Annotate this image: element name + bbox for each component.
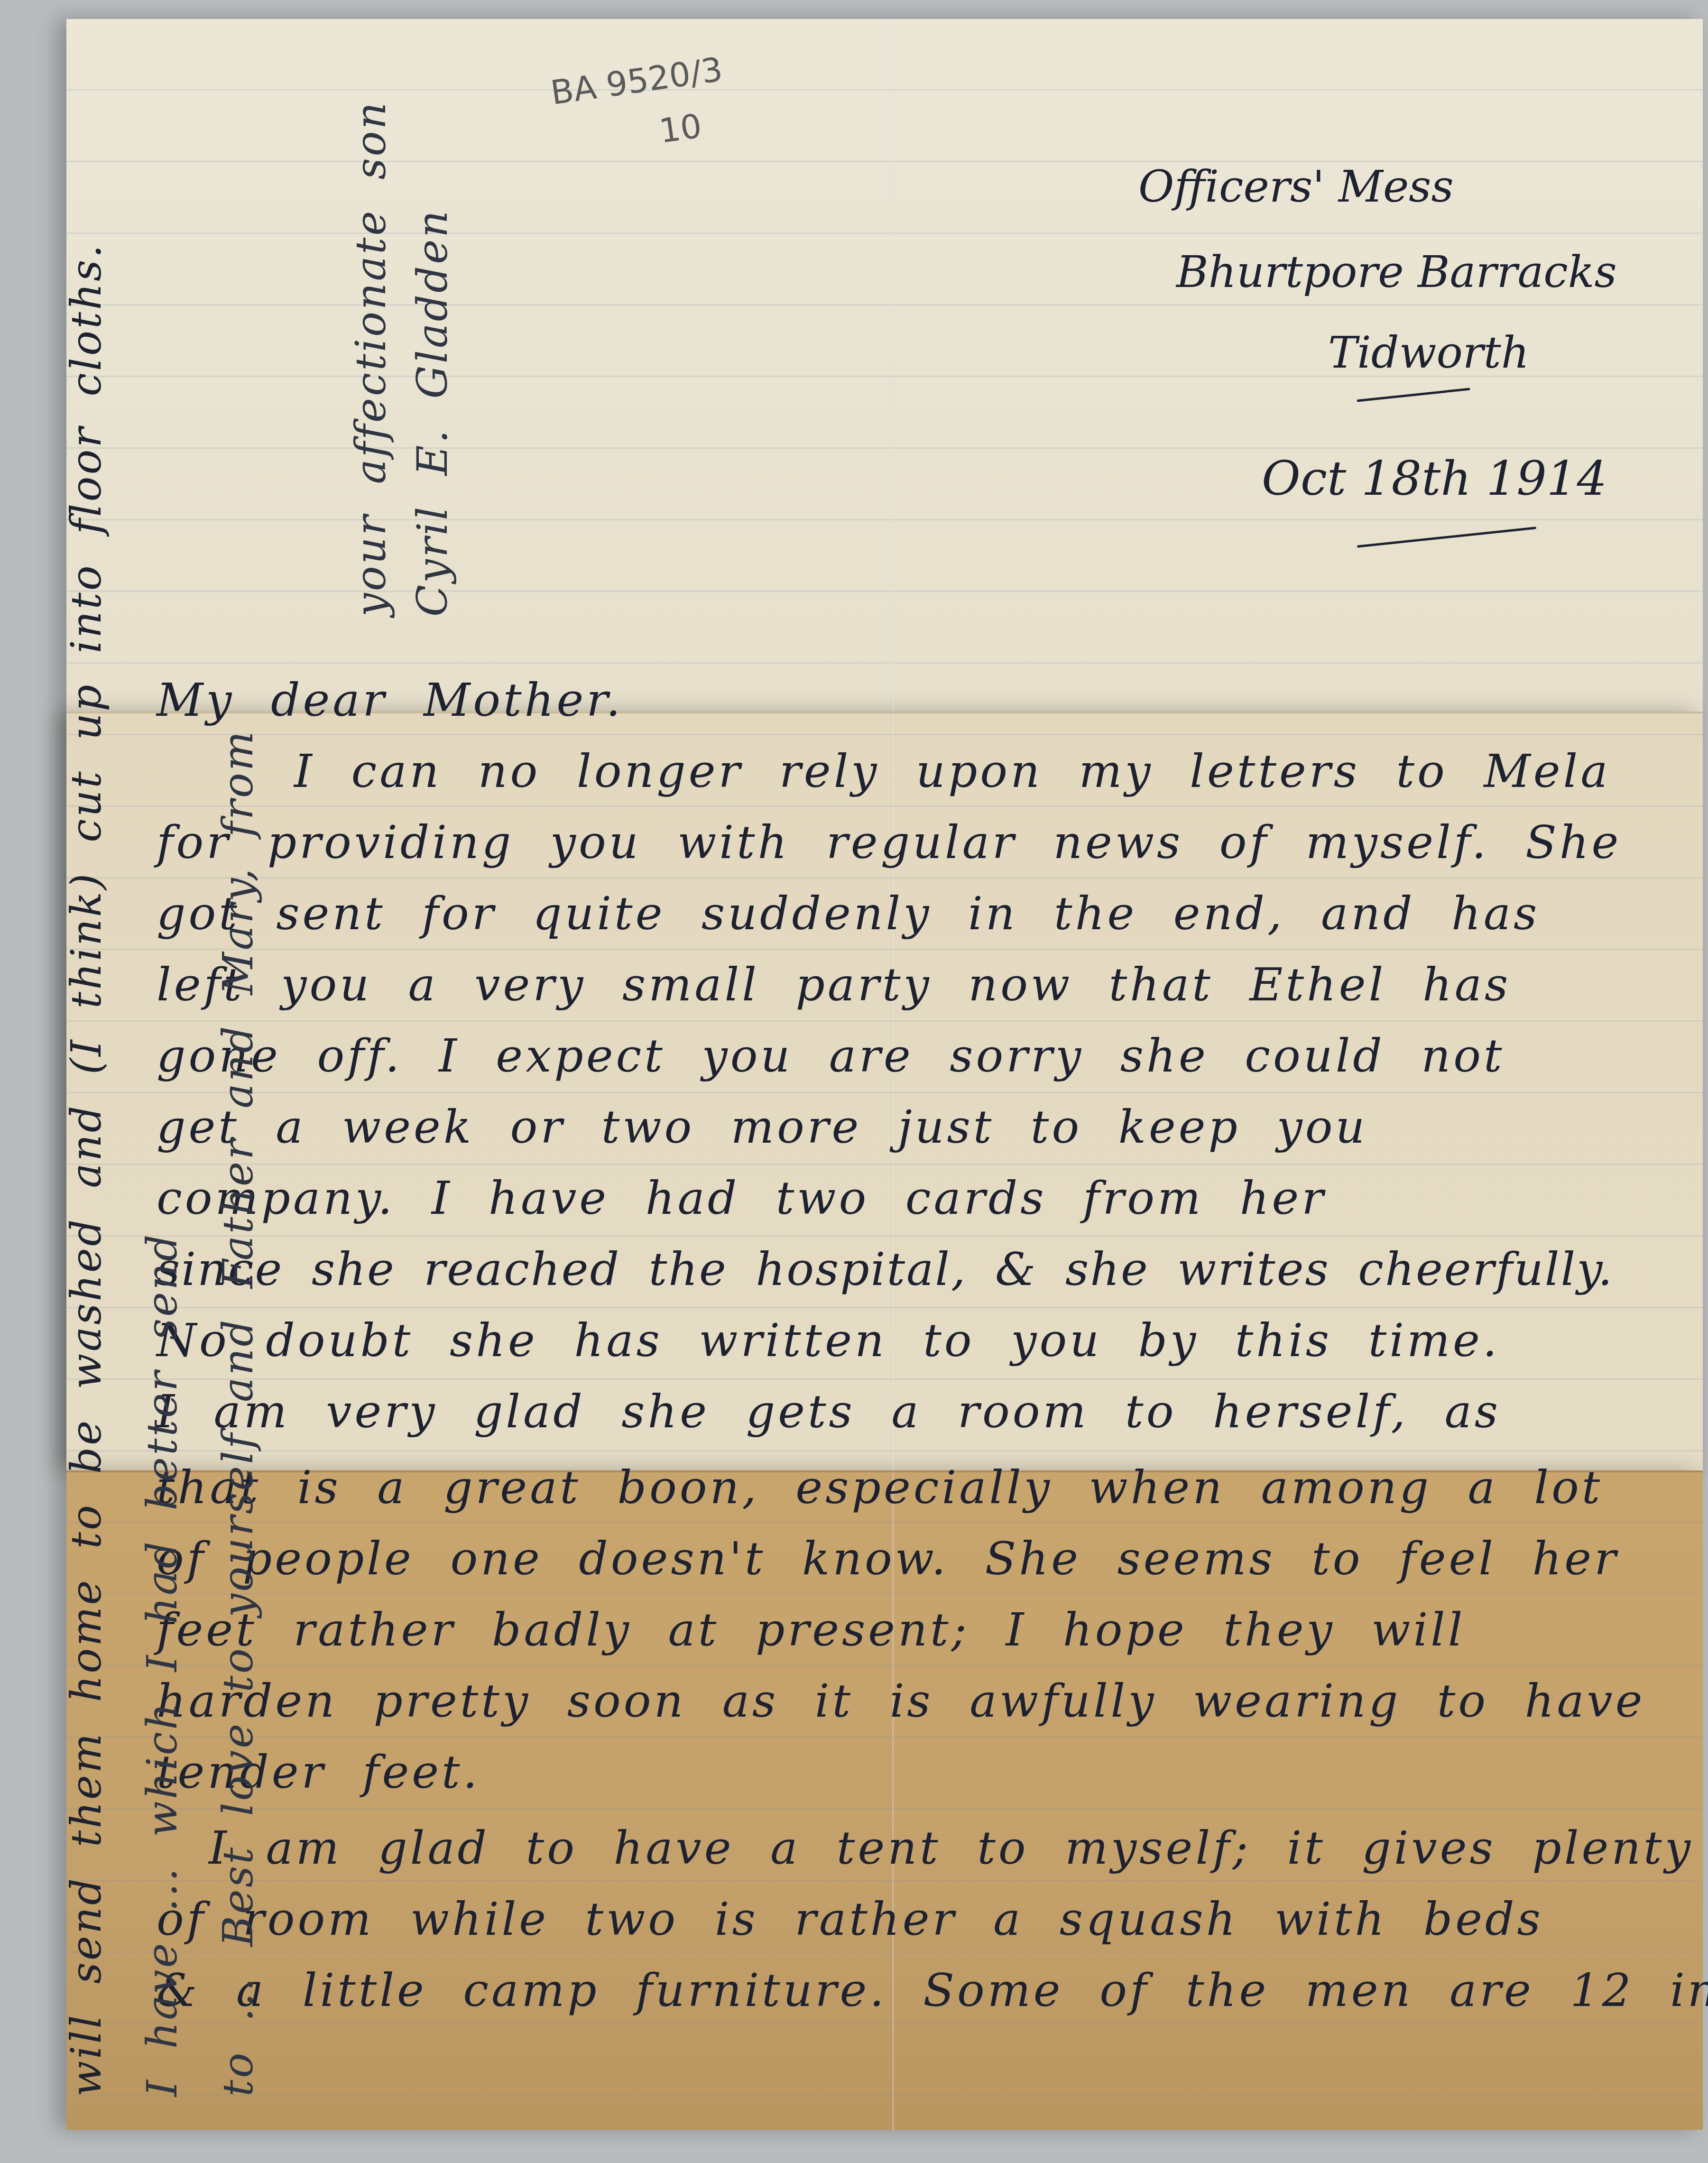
body-line: that is a great boon, especially when am…: [157, 1461, 1603, 1514]
body-line: I am very glad she gets a room to hersel…: [157, 1385, 1501, 1438]
body-line: tender feet.: [157, 1746, 480, 1799]
body-line: get a week or two more just to keep you: [157, 1100, 1367, 1154]
body-line: of room while two is rather a squash wit…: [157, 1893, 1543, 1946]
body-line: harden pretty soon as it is awfully wear…: [157, 1674, 1645, 1728]
signature: Cyril E. Gladden: [408, 209, 457, 617]
body-line: I am glad to have a tent to myself; it g…: [209, 1821, 1693, 1875]
body-line: since she reached the hospital, & she wr…: [157, 1243, 1614, 1296]
body-line: feet rather badly at present; I hope the…: [157, 1603, 1466, 1656]
body-line: No doubt she has written to you by this …: [157, 1314, 1500, 1367]
body-line: & a little camp furniture. Some of the m…: [157, 1964, 1708, 2017]
margin-note-column-1: will send them home to be washed and (I …: [62, 243, 111, 2097]
body-line: gone off. I expect you are sorry she cou…: [157, 1029, 1505, 1082]
body-line: left you a very small party now that Eth…: [157, 958, 1511, 1011]
address-line-2: Bhurtpore Barracks: [1176, 247, 1617, 297]
margin-note-closing: your affectionate son: [346, 101, 395, 617]
margin-note-column-2: I have ... which I had better send: [138, 1233, 186, 2097]
body-line: for providing you with regular news of m…: [157, 816, 1621, 869]
letter-date: Oct 18th 1914: [1262, 451, 1607, 506]
body-line: I can no longer rely upon my letters to …: [294, 745, 1610, 798]
address-line-3: Tidworth: [1328, 327, 1529, 378]
salutation: My dear Mother.: [157, 674, 623, 727]
margin-note-column-3: to ... Best love to yourself and Father …: [213, 730, 262, 2097]
archive-reference-item: 10: [657, 106, 704, 151]
body-line: of people one doesn't know. She seems to…: [157, 1532, 1619, 1585]
address-line-1: Officers' Mess: [1138, 161, 1454, 212]
body-line: company. I have had two cards from her: [157, 1172, 1326, 1225]
body-line: got sent for quite suddenly in the end, …: [157, 887, 1540, 940]
